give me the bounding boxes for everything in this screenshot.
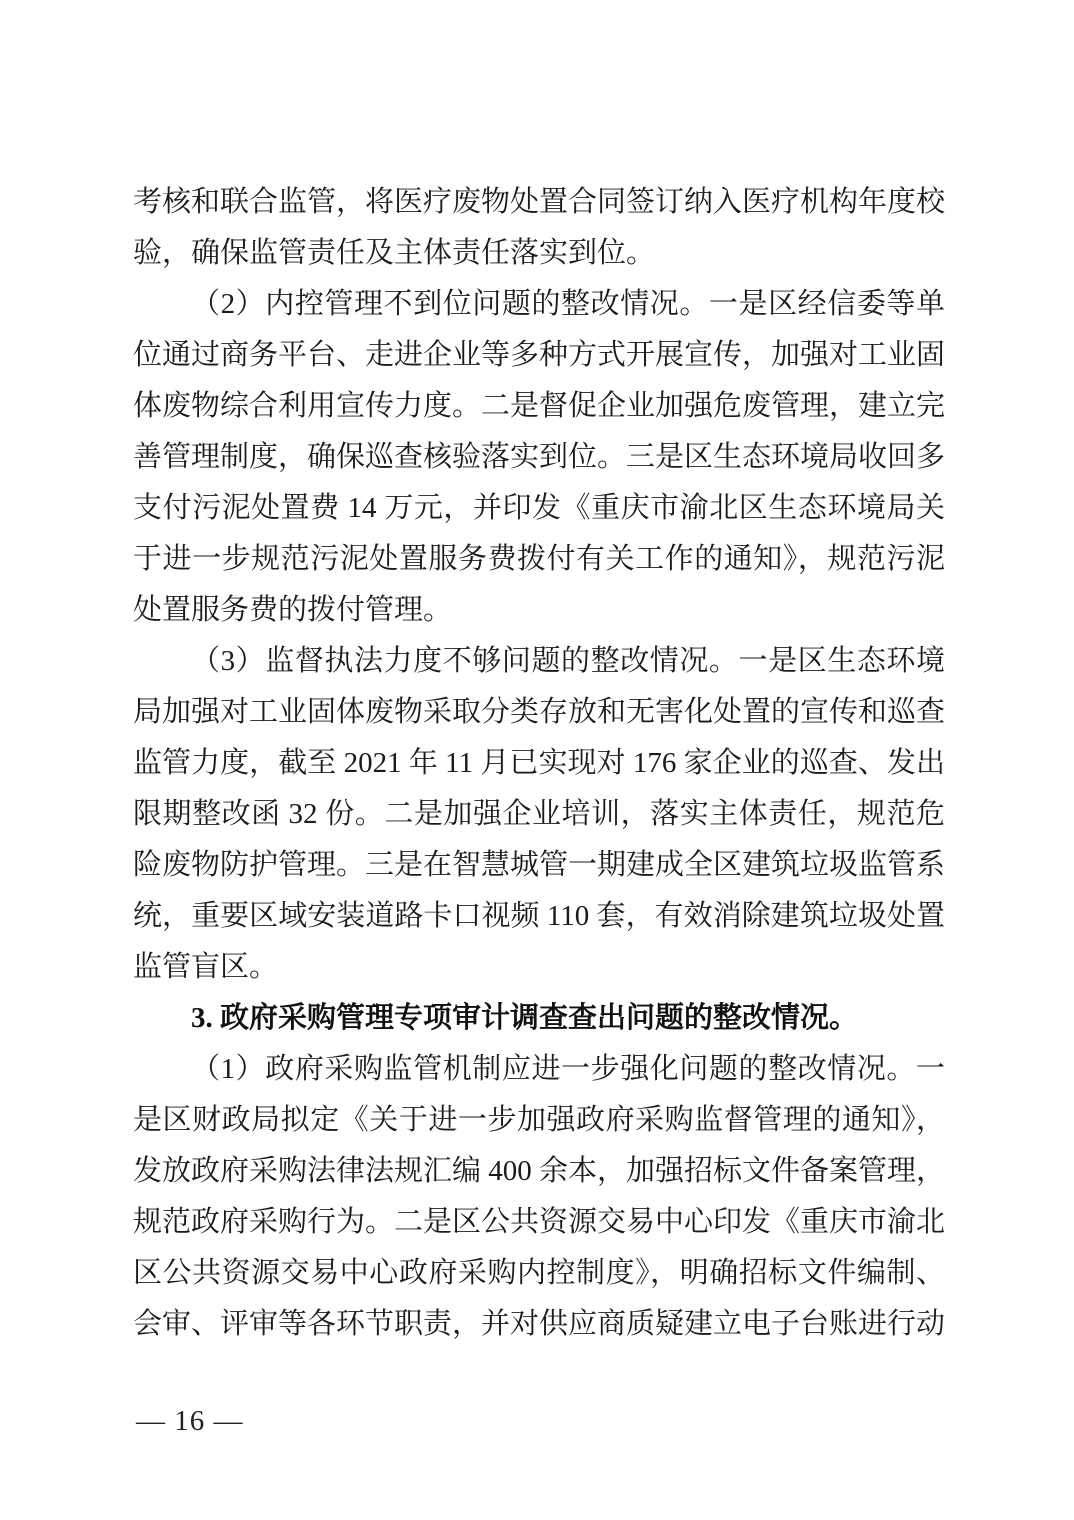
section-heading: 3. 政府采购管理专项审计调查查出问题的整改情况。 bbox=[133, 993, 945, 1044]
text-content: 考核和联合监管，将医疗废物处置合同签订纳入医疗机构年度校验，确保监管责任及主体责… bbox=[133, 177, 945, 1350]
paragraph-item-1: （1）政府采购监管机制应进一步强化问题的整改情况。一是区财政局拟定《关于进一步加… bbox=[133, 1044, 945, 1350]
page-footer: — 16 — bbox=[136, 1404, 244, 1438]
page-number: — 16 — bbox=[136, 1405, 244, 1437]
paragraph-item-2: （2）内控管理不到位问题的整改情况。一是区经信委等单位通过商务平台、走进企业等多… bbox=[133, 279, 945, 636]
document-page: 考核和联合监管，将医疗废物处置合同签订纳入医疗机构年度校验，确保监管责任及主体责… bbox=[0, 0, 1074, 1520]
paragraph-item-3: （3）监督执法力度不够问题的整改情况。一是区生态环境局加强对工业固体废物采取分类… bbox=[133, 636, 945, 993]
paragraph-continuation: 考核和联合监管，将医疗废物处置合同签订纳入医疗机构年度校验，确保监管责任及主体责… bbox=[133, 177, 945, 279]
